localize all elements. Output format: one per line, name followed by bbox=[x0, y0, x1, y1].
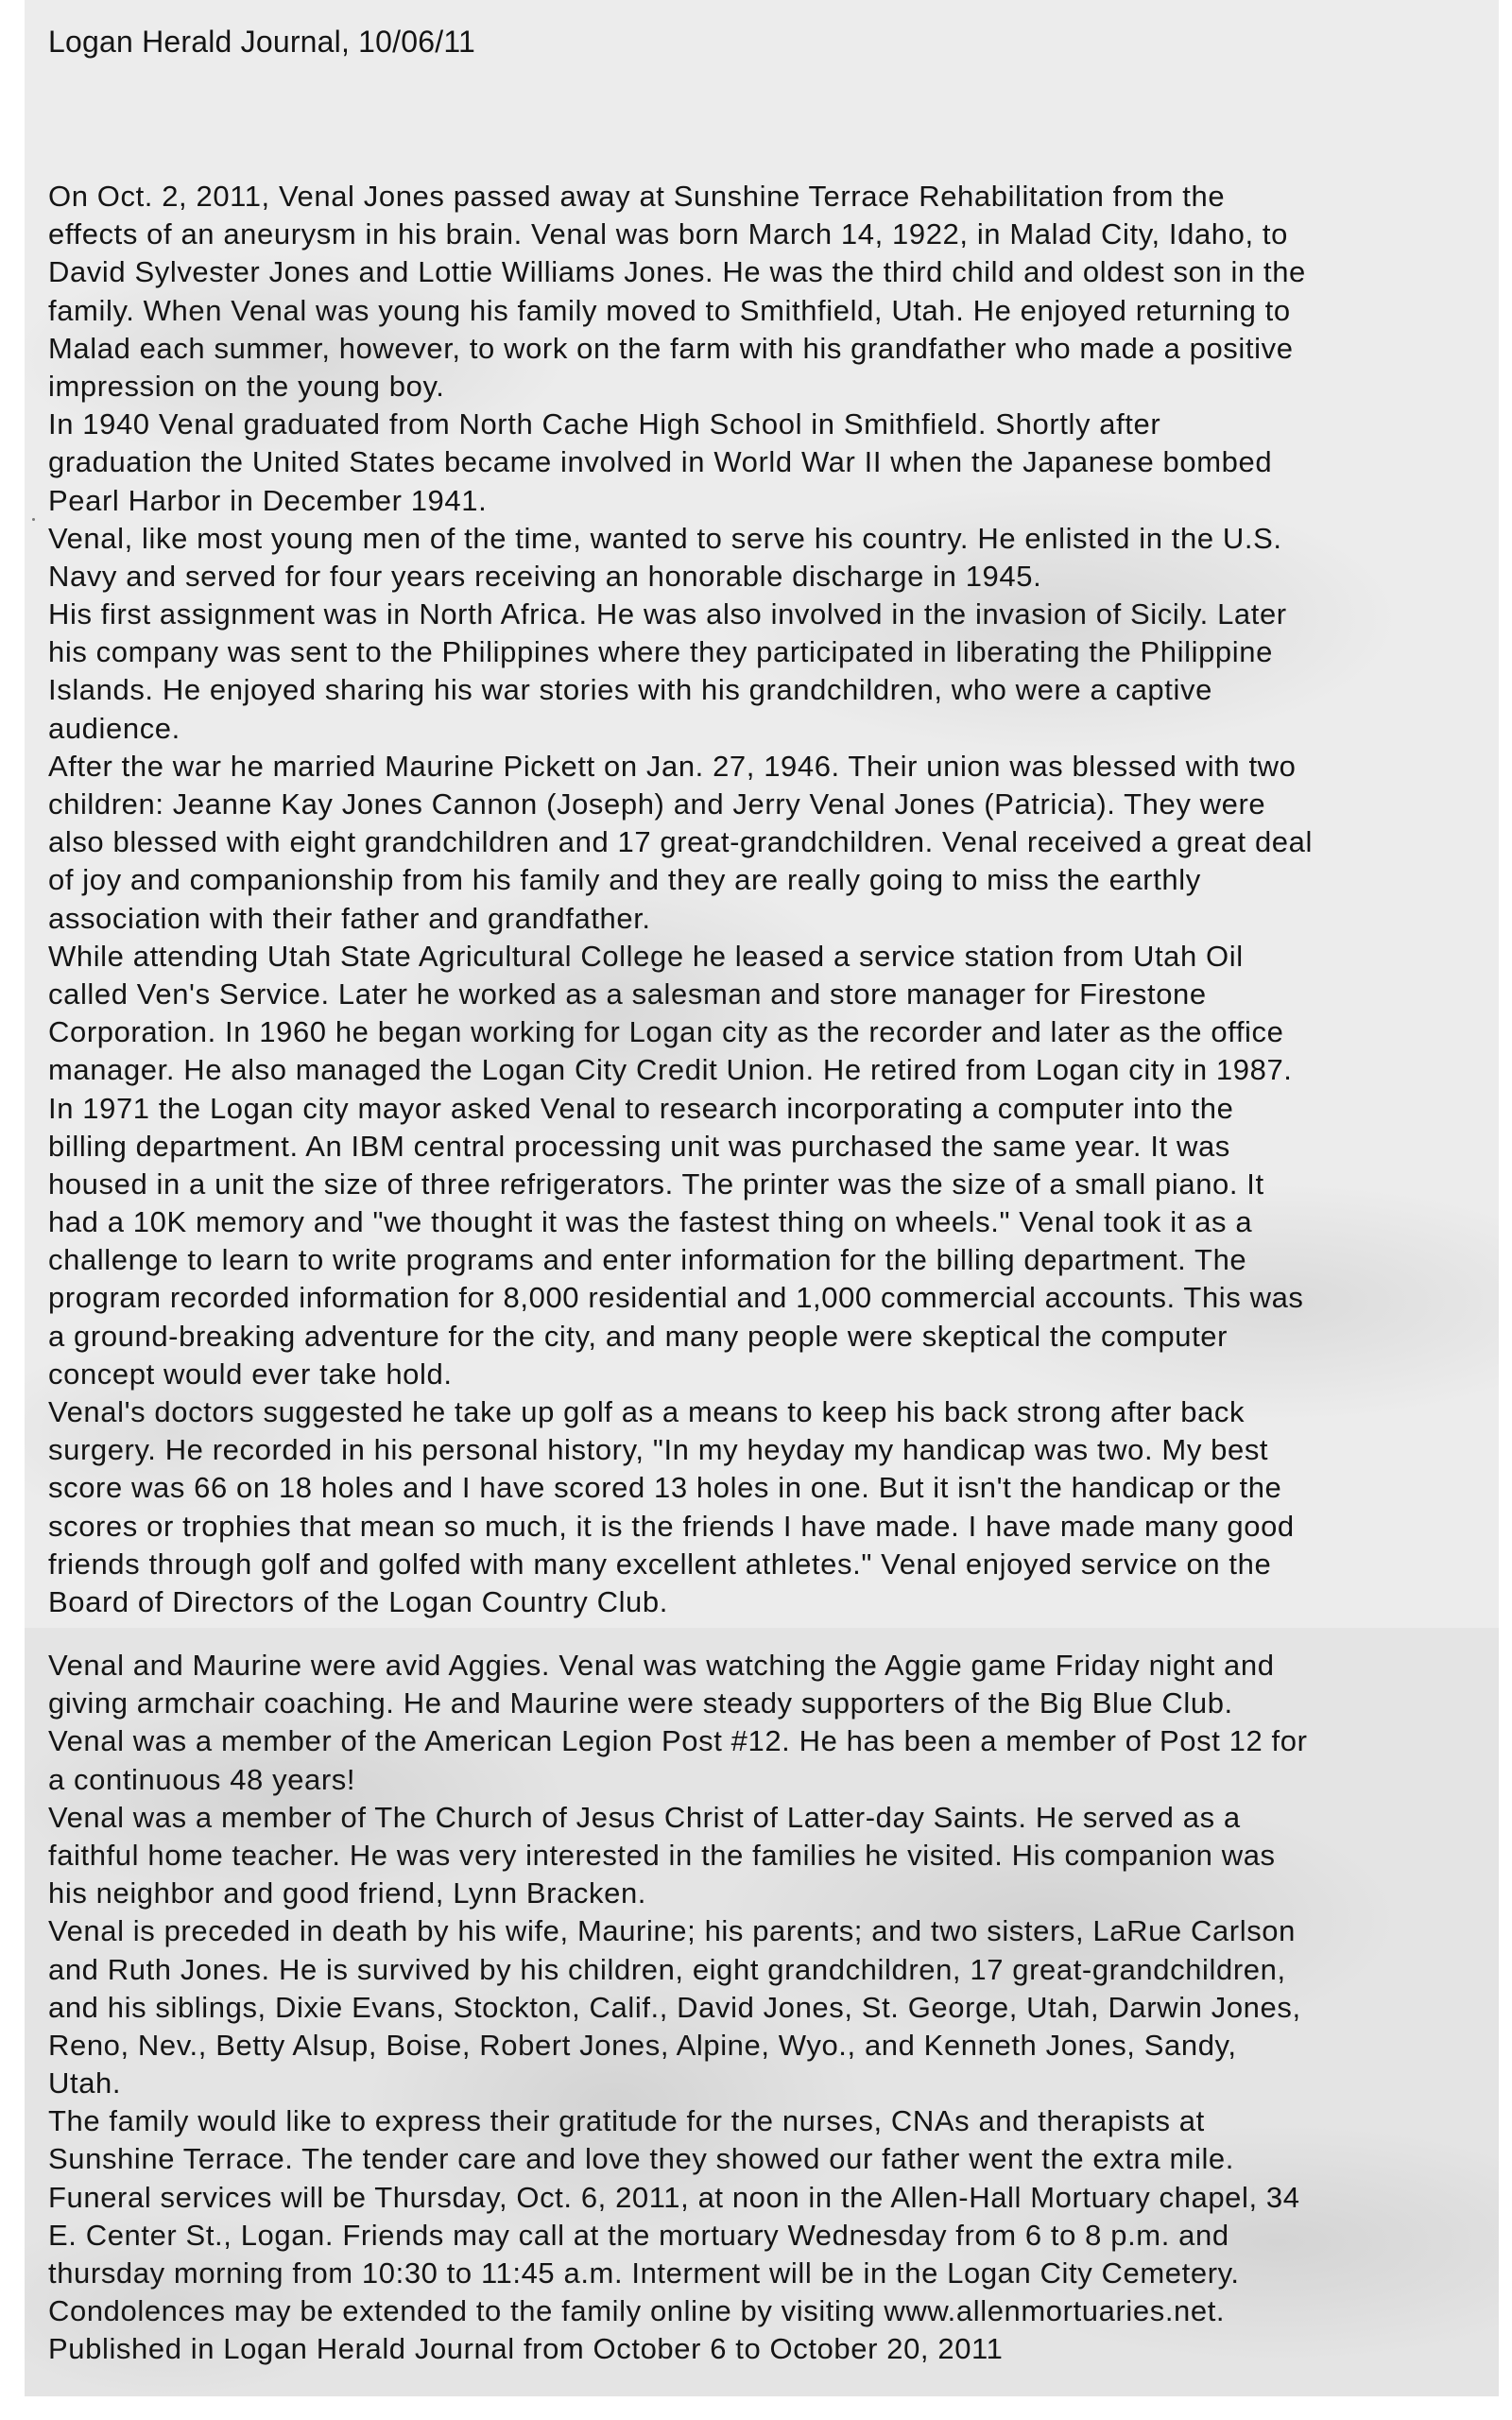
text-line: his neighbor and good friend, Lynn Brack… bbox=[48, 1875, 1308, 1912]
text-line: housed in a unit the size of three refri… bbox=[48, 1166, 1313, 1203]
print-speck bbox=[32, 518, 35, 521]
text-line: Corporation. In 1960 he began working fo… bbox=[48, 1013, 1313, 1051]
text-line: Board of Directors of the Logan Country … bbox=[48, 1583, 1313, 1621]
text-line: Utah. bbox=[48, 2065, 1308, 2102]
text-line: faithful home teacher. He was very inter… bbox=[48, 1837, 1308, 1875]
text-line: David Sylvester Jones and Lottie William… bbox=[48, 253, 1313, 291]
text-line: friends through golf and golfed with man… bbox=[48, 1546, 1313, 1583]
text-line: Reno, Nev., Betty Alsup, Boise, Robert J… bbox=[48, 2027, 1308, 2065]
text-line: E. Center St., Logan. Friends may call a… bbox=[48, 2217, 1308, 2255]
text-line: Venal and Maurine were avid Aggies. Vena… bbox=[48, 1647, 1308, 1685]
text-line: Published in Logan Herald Journal from O… bbox=[48, 2330, 1308, 2368]
text-line: His first assignment was in North Africa… bbox=[48, 596, 1313, 633]
text-line: a ground-breaking adventure for the city… bbox=[48, 1318, 1313, 1356]
text-line: of joy and companionship from his family… bbox=[48, 861, 1313, 899]
text-line: audience. bbox=[48, 710, 1313, 748]
text-line: family. When Venal was young his family … bbox=[48, 292, 1313, 330]
text-line: score was 66 on 18 holes and I have scor… bbox=[48, 1469, 1313, 1507]
text-line: and his siblings, Dixie Evans, Stockton,… bbox=[48, 1989, 1308, 2027]
text-line: concept would ever take hold. bbox=[48, 1356, 1313, 1393]
obituary-text-part-1: On Oct. 2, 2011, Venal Jones passed away… bbox=[48, 178, 1313, 1621]
text-line: program recorded information for 8,000 r… bbox=[48, 1279, 1313, 1317]
text-line: also blessed with eight grandchildren an… bbox=[48, 823, 1313, 861]
text-line: Sunshine Terrace. The tender care and lo… bbox=[48, 2140, 1308, 2178]
text-line: and Ruth Jones. He is survived by his ch… bbox=[48, 1951, 1308, 1989]
text-line: In 1940 Venal graduated from North Cache… bbox=[48, 406, 1313, 443]
text-line: called Ven's Service. Later he worked as… bbox=[48, 976, 1313, 1013]
text-line: Venal, like most young men of the time, … bbox=[48, 520, 1313, 558]
text-line: On Oct. 2, 2011, Venal Jones passed away… bbox=[48, 178, 1313, 216]
text-line: had a 10K memory and "we thought it was … bbox=[48, 1203, 1313, 1241]
text-line: Malad each summer, however, to work on t… bbox=[48, 330, 1313, 368]
text-line: a continuous 48 years! bbox=[48, 1761, 1308, 1799]
text-line: Navy and served for four years receiving… bbox=[48, 558, 1313, 596]
text-line: In 1971 the Logan city mayor asked Venal… bbox=[48, 1090, 1313, 1128]
text-line: manager. He also managed the Logan City … bbox=[48, 1051, 1313, 1089]
text-line: giving armchair coaching. He and Maurine… bbox=[48, 1685, 1308, 1722]
source-heading: Logan Herald Journal, 10/06/11 bbox=[48, 23, 475, 60]
text-line: billing department. An IBM central proce… bbox=[48, 1128, 1313, 1166]
text-line: Venal is preceded in death by his wife, … bbox=[48, 1912, 1308, 1950]
text-line: Pearl Harbor in December 1941. bbox=[48, 482, 1313, 520]
text-line: children: Jeanne Kay Jones Cannon (Josep… bbox=[48, 786, 1313, 823]
text-line: Islands. He enjoyed sharing his war stor… bbox=[48, 671, 1313, 709]
text-line: association with their father and grandf… bbox=[48, 900, 1313, 938]
text-line: graduation the United States became invo… bbox=[48, 443, 1313, 481]
text-line: Venal's doctors suggested he take up gol… bbox=[48, 1393, 1313, 1431]
text-line: Venal was a member of The Church of Jesu… bbox=[48, 1799, 1308, 1837]
text-line: Funeral services will be Thursday, Oct. … bbox=[48, 2179, 1308, 2217]
text-line: effects of an aneurysm in his brain. Ven… bbox=[48, 216, 1313, 253]
text-line: Venal was a member of the American Legio… bbox=[48, 1722, 1308, 1760]
text-line: While attending Utah State Agricultural … bbox=[48, 938, 1313, 976]
obituary-text-part-2: Venal and Maurine were avid Aggies. Vena… bbox=[48, 1647, 1308, 2369]
text-line: Condolences may be extended to the famil… bbox=[48, 2292, 1308, 2330]
text-line: scores or trophies that mean so much, it… bbox=[48, 1508, 1313, 1546]
text-line: surgery. He recorded in his personal his… bbox=[48, 1431, 1313, 1469]
text-line: thursday morning from 10:30 to 11:45 a.m… bbox=[48, 2255, 1308, 2292]
text-line: his company was sent to the Philippines … bbox=[48, 633, 1313, 671]
text-line: After the war he married Maurine Pickett… bbox=[48, 748, 1313, 786]
text-line: challenge to learn to write programs and… bbox=[48, 1241, 1313, 1279]
text-line: The family would like to express their g… bbox=[48, 2102, 1308, 2140]
text-line: impression on the young boy. bbox=[48, 368, 1313, 406]
